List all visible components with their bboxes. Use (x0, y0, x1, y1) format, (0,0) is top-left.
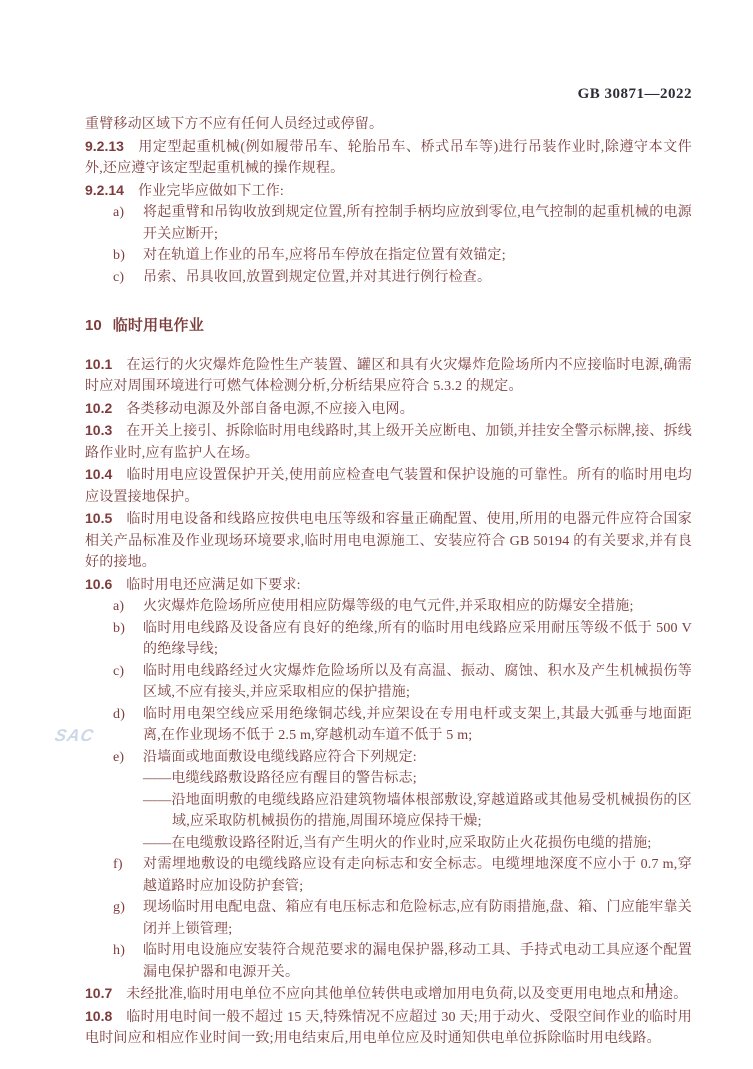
item-text: 现场临时用电配电盘、箱应有电压标志和危险标志,应有防雨措施,盘、箱、门应能牢靠关… (143, 900, 692, 937)
item-text: 吊索、吊具收回,放置到规定位置,并对其进行例行检查。 (143, 270, 491, 285)
clause-paragraph: 10.3在开关上接引、拆除临时用电线路时,其上级开关应断电、加锁,并挂安全警示标… (85, 420, 692, 464)
list-item: c)临时用电线路经过火灾爆炸危险场所以及有高温、振动、腐蚀、积水及产生机械损伤等… (143, 661, 692, 704)
dash-sub-item: ——在电缆敷设路径附近,当有产生明火的作业时,应采取防止火花损伤电缆的措施; (172, 833, 692, 855)
list-item: d)临时用电架空线应采用绝缘铜芯线,并应架设在专用电杆或支架上,其最大弧垂与地面… (143, 704, 692, 747)
clause-paragraph: 10.4临时用电应设置保护开关,使用前应检查电气装置和保护设施的可靠性。所有的临… (85, 464, 692, 508)
section-number: 10 (85, 317, 102, 334)
dash-sub-item: ——沿地面明敷的电缆线路应沿建筑物墙体根部敷设,穿越道路或其他易受机械损伤的区域… (172, 790, 692, 833)
clause-number: 10.7 (85, 985, 112, 1001)
clause-number: 10.4 (85, 466, 112, 482)
item-text: 临时用电线路及设备应有良好的绝缘,所有的临时用电线路应采用耐压等级不低于 500… (143, 621, 692, 658)
clause-paragraph: 10.5临时用电设备和线路应按供电电压等级和容量正确配置、使用,所用的电器元件应… (85, 508, 692, 574)
item-text: 临时用电架空线应采用绝缘铜芯线,并应架设在专用电杆或支架上,其最大弧垂与地面距离… (143, 707, 692, 744)
list-item: h)临时用电设施应安装符合规范要求的漏电保护器,移动工具、手持式电动工具应逐个配… (143, 940, 692, 983)
clause-number: 10.1 (85, 356, 112, 372)
item-text: 沿墙面或地面敷设电缆线路应符合下列规定: (143, 750, 417, 765)
item-label: d) (113, 704, 125, 726)
item-label: b) (113, 245, 125, 267)
clause-number: 9.2.13 (85, 138, 124, 154)
paragraph-text: 作业完毕应做如下工作: (138, 184, 284, 199)
paragraph-text: 重臂移动区域下方不应有任何人员经过或停留。 (85, 117, 383, 132)
standard-document-page: GB 30871—2022 SAC 重臂移动区域下方不应有任何人员经过或停留。9… (0, 0, 753, 1069)
paragraph-text: 各类移动电源及外部自备电源,不应接入电网。 (126, 402, 414, 417)
list-item: g)现场临时用电配电盘、箱应有电压标志和危险标志,应有防雨措施,盘、箱、门应能牢… (143, 897, 692, 940)
clause-paragraph: 9.2.14作业完毕应做如下工作: (85, 180, 692, 203)
item-text: 对需埋地敷设的电缆线路应设有走向标志和安全标志。电缆埋地深度不应小于 0.7 m… (143, 857, 692, 894)
page-number: 11 (645, 981, 658, 997)
dash-item-text: ——沿地面明敷的电缆线路应沿建筑物墙体根部敷设,穿越道路或其他易受机械损伤的区域… (143, 793, 692, 830)
item-label: a) (113, 202, 124, 224)
list-item: b)对在轨道上作业的吊车,应将吊车停放在指定位置有效锚定; (143, 245, 692, 267)
item-text: 将起重臂和吊钩收放到规定位置,所有控制手柄均应放到零位,电气控制的起重机械的电源… (143, 205, 692, 242)
list-item: b)临时用电线路及设备应有良好的绝缘,所有的临时用电线路应采用耐压等级不低于 5… (143, 618, 692, 661)
paragraph-text: 临时用电应设置保护开关,使用前应检查电气装置和保护设施的可靠性。所有的临时用电均… (85, 468, 692, 505)
clause-paragraph: 9.2.13用定型起重机械(例如履带吊车、轮胎吊车、桥式吊车等)进行吊装作业时,… (85, 136, 692, 180)
item-text: 火灾爆炸危险场所应使用相应防爆等级的电气元件,并采取相应的防爆安全措施; (143, 599, 634, 614)
paragraph-text: 临时用电时间一般不超过 15 天,特殊情况不应超过 30 天;用于动火、受限空间… (85, 1010, 692, 1047)
section-title: 临时用电作业 (113, 317, 204, 334)
clause-paragraph: 重臂移动区域下方不应有任何人员经过或停留。 (85, 114, 692, 136)
clause-number: 9.2.14 (85, 182, 124, 198)
paragraph-text: 在开关上接引、拆除临时用电线路时,其上级开关应断电、加锁,并挂安全警示标牌,接、… (85, 424, 692, 461)
item-label: c) (113, 267, 124, 289)
clause-paragraph: 10.1在运行的火灾爆炸危险性生产装置、罐区和具有火灾爆炸危险场所内不应接临时电… (85, 354, 692, 398)
item-label: a) (113, 596, 124, 618)
paragraph-text: 未经批准,临时用电单位不应向其他单位转供电或增加用电负荷,以及变更用电地点和用途… (126, 987, 687, 1002)
paragraph-text: 用定型起重机械(例如履带吊车、轮胎吊车、桥式吊车等)进行吊装作业时,除遵守本文件… (85, 140, 692, 177)
section-heading: 10临时用电作业 (85, 315, 692, 337)
item-text: 临时用电线路经过火灾爆炸危险场所以及有高温、振动、腐蚀、积水及产生机械损伤等区域… (143, 664, 692, 701)
paragraph-text: 临时用电还应满足如下要求: (126, 578, 301, 593)
item-label: e) (113, 747, 124, 769)
item-label: f) (113, 854, 123, 876)
clause-number: 10.2 (85, 400, 112, 416)
clause-number: 10.8 (85, 1008, 112, 1024)
list-item: f)对需埋地敷设的电缆线路应设有走向标志和安全标志。电缆埋地深度不应小于 0.7… (143, 854, 692, 897)
dash-sub-item: ——电缆线路敷设路径应有醒目的警告标志; (172, 768, 692, 790)
list-item: a)火灾爆炸危险场所应使用相应防爆等级的电气元件,并采取相应的防爆安全措施; (143, 596, 692, 618)
item-text: 临时用电设施应安装符合规范要求的漏电保护器,移动工具、手持式电动工具应逐个配置漏… (143, 943, 692, 980)
paragraph-text: 临时用电设备和线路应按供电电压等级和容量正确配置、使用,所用的电器元件应符合国家… (85, 512, 692, 570)
list-item: a)将起重臂和吊钩收放到规定位置,所有控制手柄均应放到零位,电气控制的起重机械的… (143, 202, 692, 245)
clause-paragraph: 10.6临时用电还应满足如下要求: (85, 574, 692, 597)
list-item: c)吊索、吊具收回,放置到规定位置,并对其进行例行检查。 (143, 267, 692, 289)
clause-paragraph: 10.2各类移动电源及外部自备电源,不应接入电网。 (85, 398, 692, 421)
list-item: e)沿墙面或地面敷设电缆线路应符合下列规定: (143, 747, 692, 769)
clause-paragraph: 10.7未经批准,临时用电单位不应向其他单位转供电或增加用电负荷,以及变更用电地… (85, 983, 692, 1006)
document-code-header: GB 30871—2022 (85, 86, 692, 103)
item-label: b) (113, 618, 125, 640)
item-label: g) (113, 897, 125, 919)
clause-number: 10.3 (85, 422, 112, 438)
item-text: 对在轨道上作业的吊车,应将吊车停放在指定位置有效锚定; (143, 248, 506, 263)
clause-number: 10.5 (85, 510, 112, 526)
document-body: 重臂移动区域下方不应有任何人员经过或停留。9.2.13用定型起重机械(例如履带吊… (85, 114, 692, 1050)
item-label: c) (113, 661, 124, 683)
dash-item-text: ——在电缆敷设路径附近,当有产生明火的作业时,应采取防止火花损伤电缆的措施; (143, 836, 652, 851)
clause-number: 10.6 (85, 576, 112, 592)
paragraph-text: 在运行的火灾爆炸危险性生产装置、罐区和具有火灾爆炸危险场所内不应接临时电源,确需… (85, 358, 692, 395)
dash-item-text: ——电缆线路敷设路径应有醒目的警告标志; (143, 771, 417, 786)
clause-paragraph: 10.8临时用电时间一般不超过 15 天,特殊情况不应超过 30 天;用于动火、… (85, 1006, 692, 1050)
item-label: h) (113, 940, 125, 962)
